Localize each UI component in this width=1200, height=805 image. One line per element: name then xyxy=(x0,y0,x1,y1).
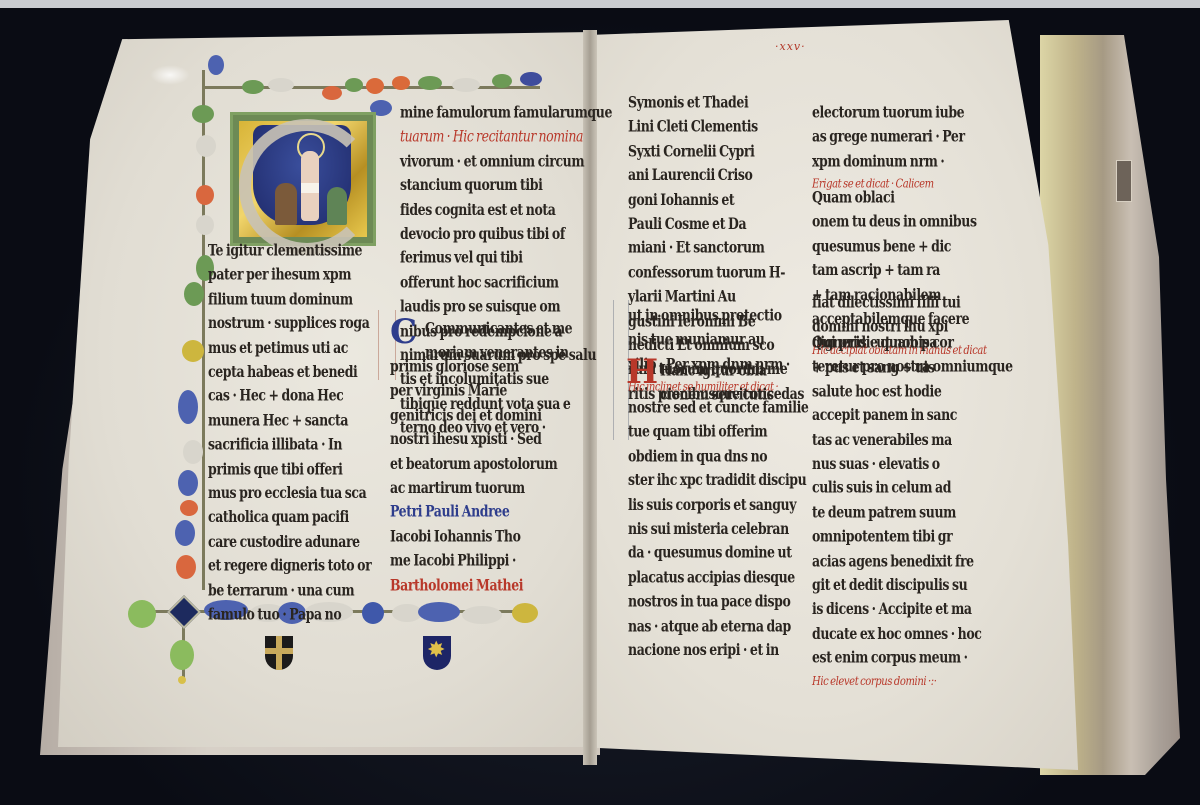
initial-letter-h-red: H xyxy=(626,352,658,392)
text-line: xpm dominum nrm · xyxy=(812,149,965,173)
green-leaf-icon xyxy=(192,105,214,123)
blue-leaf-icon xyxy=(178,390,198,424)
blue-leaf-icon xyxy=(178,470,198,496)
red-leaf-icon xyxy=(180,500,198,516)
text-line: ducate ex hoc omnes · hoc xyxy=(812,621,1013,645)
text-line: miani · Et sanctorum xyxy=(628,236,804,260)
text-line: salute hoc est hodie xyxy=(812,379,1013,403)
text-line: care custodire adunare xyxy=(208,529,371,553)
text-line: git et dedit discipulis su xyxy=(812,573,1013,597)
text-line: lis suis corporis et sanguy xyxy=(628,492,808,516)
text-line: genitricis dei et domini xyxy=(390,403,557,427)
heraldic-shield-cross-icon xyxy=(265,636,293,670)
text-line: famulo tuo · Papa no xyxy=(208,602,371,626)
text-line: Symonis et Thadei xyxy=(628,90,804,114)
text-line: as grege numerari · Per xyxy=(812,124,965,148)
text-line: nostrum · supplices roga xyxy=(208,311,371,335)
blue-knot-icon xyxy=(520,72,542,86)
text-line: ster ihc xpc tradidit discipu xyxy=(628,468,808,492)
text-line: is dicens · Accipite et ma xyxy=(812,597,1013,621)
text-line: et beatorum apostolorum xyxy=(390,451,557,475)
text-line: vivorum · et omnium circum xyxy=(400,149,612,173)
gold-knot-icon xyxy=(182,340,204,362)
text-line: mus pro ecclesia tua sca xyxy=(208,481,371,505)
text-line: Lini Cleti Clementis xyxy=(628,114,804,138)
text-line: stancium quorum tibi xyxy=(400,173,612,197)
text-line: Communicantes et me xyxy=(425,316,572,340)
text-line: nis tue muniamur au xyxy=(628,327,790,351)
text-line: nostros in tua pace dispo xyxy=(628,589,808,613)
text-line: primis gloriose sem xyxy=(390,354,557,378)
text-line: tue quam tibi offerim xyxy=(628,419,808,443)
clasp-icon xyxy=(1116,160,1132,202)
text-line: nus suas · elevatis o xyxy=(812,451,1013,475)
text-line: placatus accipias diesque xyxy=(628,565,808,589)
green-leaf-icon xyxy=(492,74,512,88)
text-line: electorum tuorum iube xyxy=(812,100,965,124)
blue-leaf-icon xyxy=(208,55,224,75)
text-line: Petri Pauli Andree xyxy=(390,500,557,524)
red-leaf-icon xyxy=(322,86,342,100)
text-line: nostri ihesu xpisti · Sed xyxy=(390,427,557,451)
text-line: quesumus bene + dic xyxy=(812,234,977,258)
text-line: pater per ihesum xpm xyxy=(208,262,371,286)
text-line: culis suis in celum ad xyxy=(812,476,1013,500)
text-line: ut in omnibus protectio xyxy=(628,303,790,327)
text-line: obdiem in qua dns no xyxy=(628,444,808,468)
text-line: laudis pro se suisque om xyxy=(400,294,612,318)
text-line: munera Hec + sancta xyxy=(208,408,371,432)
text-line: onem tu deus in omnibus xyxy=(812,209,977,233)
text-line: ani Laurencii Criso xyxy=(628,163,804,187)
text-line: tam ascrip + tam ra xyxy=(812,258,977,282)
text-line: Te igitur clementissime xyxy=(208,238,371,262)
text-line: sacrificia illibata · In xyxy=(208,432,371,456)
blue-leaf-icon xyxy=(418,602,460,622)
text-line: be terrarum · una cum xyxy=(208,578,371,602)
text-line: teretur pro nostra omniumque xyxy=(812,354,1013,378)
right-page-column-a2: nostre sed et cuncte familie tue quam ti… xyxy=(628,395,808,662)
text-line: nacione nos eripi · et in xyxy=(628,638,808,662)
green-leaf-icon xyxy=(418,76,442,90)
text-line: mine famulorum famularumque xyxy=(400,100,612,124)
text-line: catholica quam pacifi xyxy=(208,505,371,529)
text-line: ferimus vel qui tibi xyxy=(400,246,612,270)
text-line: devocio pro quibus tibi of xyxy=(400,221,612,245)
text-line: Qui pridie quam pa xyxy=(812,330,1013,354)
text-line: te deum patrem suum xyxy=(812,500,1013,524)
text-line: goni Iohannis et xyxy=(628,187,804,211)
white-leaf-icon xyxy=(462,606,502,624)
left-page-column-a: Te igitur clementissime pater per ihesum… xyxy=(208,238,371,626)
gold-flower-icon xyxy=(512,603,538,623)
display-case-frame xyxy=(0,0,1200,8)
text-line: omnipotentem tibi gr xyxy=(812,524,1013,548)
left-page-column-b-cont2: primis gloriose sem per virginis Marie g… xyxy=(390,354,557,597)
text-line: primis que tibi offeri xyxy=(208,456,371,480)
text-line: Hanc igitur obla xyxy=(660,358,774,382)
text-line: Syxti Cornelii Cypri xyxy=(628,139,804,163)
text-line: nas · atque ab eterna dap xyxy=(628,613,808,637)
blue-leaf-icon xyxy=(175,520,195,546)
green-leaf-icon xyxy=(184,282,204,306)
initial-letter-c-blue: C xyxy=(390,312,417,352)
historiated-initial-man-of-sorrows xyxy=(230,112,376,246)
text-line: est enim corpus meum · xyxy=(812,645,1013,669)
right-page-column-b: electorum tuorum iube as grege numerari … xyxy=(812,100,965,197)
text-line: Iacobi Iohannis Tho xyxy=(390,524,557,548)
text-line: Pauli Cosme et Da xyxy=(628,211,804,235)
white-leaf-icon xyxy=(452,78,480,92)
right-page-column-b3: Qui pridie quam pa teretur pro nostra om… xyxy=(812,330,1013,694)
text-line: Bartholomei Mathei xyxy=(390,572,557,596)
text-line: fiat dilectissimi filii tui xyxy=(812,290,987,314)
initial-letter-bowl xyxy=(239,119,375,255)
text-line: fides cognita est et nota xyxy=(400,197,612,221)
text-line: et regere digneris toto or xyxy=(208,553,371,577)
text-line: accepit panem in sanc xyxy=(812,403,1013,427)
white-leaf-icon xyxy=(196,135,216,157)
green-leaf-icon xyxy=(128,600,156,628)
text-line: confessorum tuorum H- xyxy=(628,260,804,284)
text-line: acias agens benedixit fre xyxy=(812,548,1013,572)
white-leaf-icon xyxy=(183,440,203,464)
text-line: filium tuum dominum xyxy=(208,287,371,311)
red-leaf-icon xyxy=(196,185,214,205)
green-leaf-icon xyxy=(345,78,363,92)
rubric-line: Hic elevet corpus domini ·:· xyxy=(812,670,1013,694)
white-leaf-icon xyxy=(268,78,294,92)
red-leaf-icon xyxy=(176,555,196,579)
text-line: da · quesumus domine ut xyxy=(628,541,808,565)
text-line: mus et petimus uti ac xyxy=(208,335,371,359)
green-leaf-icon xyxy=(170,640,194,670)
light-glare xyxy=(150,65,190,85)
text-line: nis sui misteria celebran xyxy=(628,516,808,540)
text-line: tas ac venerabiles ma xyxy=(812,427,1013,451)
red-leaf-icon xyxy=(366,78,384,94)
text-line: ac martirum tuorum xyxy=(390,475,557,499)
text-line: Quam oblaci xyxy=(812,185,977,209)
heraldic-shield-star-icon: ✸ xyxy=(423,636,451,670)
text-line: per virginis Marie xyxy=(390,378,557,402)
green-leaf-icon xyxy=(242,80,264,94)
text-line: cepta habeas et benedi xyxy=(208,359,371,383)
text-line: nostre sed et cuncte familie xyxy=(628,395,808,419)
text-line: offerunt hoc sacrificium xyxy=(400,270,612,294)
gold-bezant-icon xyxy=(178,676,186,684)
rubric-line: tuarum · Hic recitantur nomina xyxy=(400,124,612,148)
text-line: cas · Hec + dona Hec xyxy=(208,384,371,408)
text-line: me Iacobi Philippi · xyxy=(390,548,557,572)
white-leaf-icon xyxy=(196,215,214,235)
red-leaf-icon xyxy=(392,76,410,90)
folio-number: ·xxv· xyxy=(775,40,806,53)
